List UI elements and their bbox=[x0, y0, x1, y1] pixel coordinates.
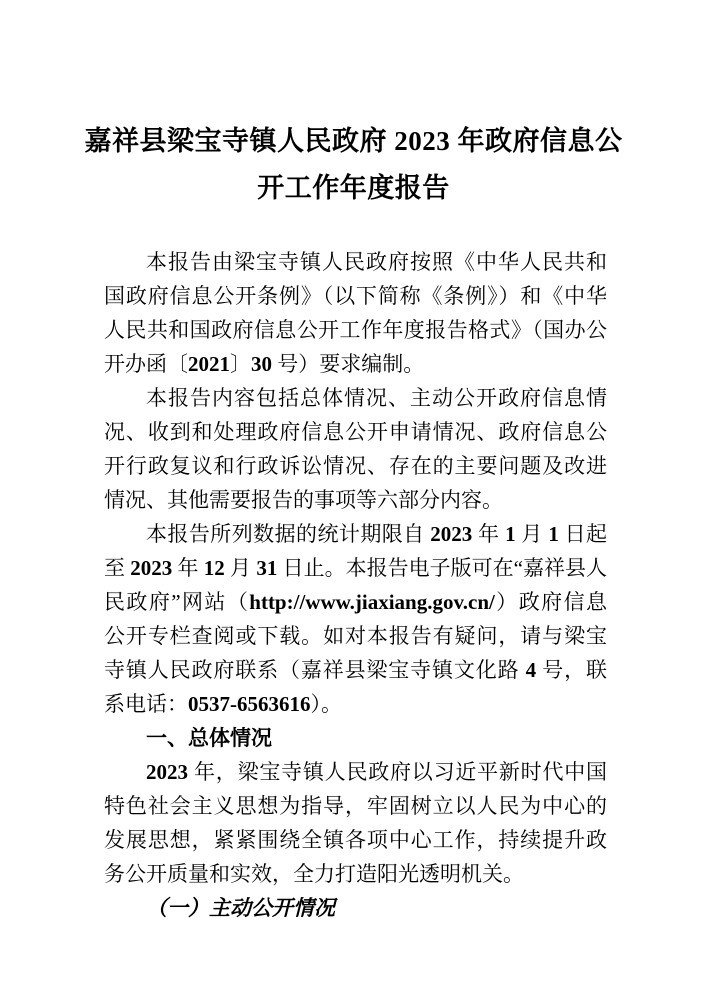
subsection-heading-proactive-disclosure: （一）主动公开情况 bbox=[104, 891, 607, 925]
paragraph-compilation-basis: 本报告由梁宝寺镇人民政府按照《中华人民共和国政府信息公开条例》（以下简称《条例》… bbox=[104, 245, 607, 381]
paragraph-statistics-period: 本报告所列数据的统计期限自 2023 年 1 月 1 日起至 2023 年 12… bbox=[104, 517, 607, 721]
section-heading-overall-situation: 一、总体情况 bbox=[104, 721, 607, 755]
paragraph-report-contents: 本报告内容包括总体情况、主动公开政府信息情况、收到和处理政府信息公开申请情况、政… bbox=[104, 381, 607, 517]
paragraph-list: 本报告由梁宝寺镇人民政府按照《中华人民共和国政府信息公开条例》（以下简称《条例》… bbox=[104, 245, 607, 925]
document-title: 嘉祥县梁宝寺镇人民政府 2023 年政府信息公开工作年度报告 bbox=[78, 118, 629, 212]
paragraph-overall-situation: 2023 年，梁宝寺镇人民政府以习近平新时代中国特色社会主义思想为指导，牢固树立… bbox=[104, 755, 607, 891]
document-page: 嘉祥县梁宝寺镇人民政府 2023 年政府信息公开工作年度报告 本报告由梁宝寺镇人… bbox=[0, 0, 707, 999]
